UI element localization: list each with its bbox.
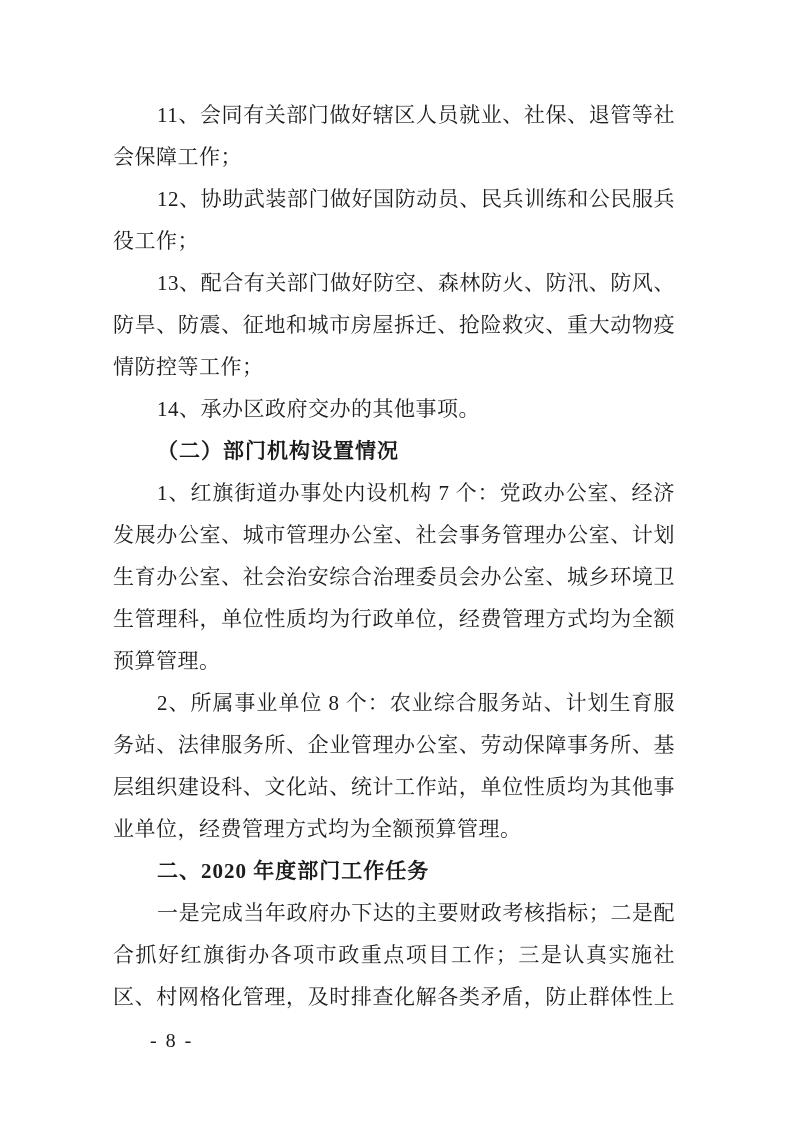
heading-line: （二）部门机构设置情况 — [113, 430, 675, 472]
text-line: 层组织建设科、文化站、统计工作站，单位性质均为其他事 — [113, 766, 675, 808]
text-line: 12、协助武装部门做好国防动员、民兵训练和公民服兵 — [113, 178, 675, 220]
text-line: 合抓好红旗街办各项市政重点项目工作；三是认真实施社 — [113, 934, 675, 976]
page-number: - 8 - — [150, 1026, 193, 1056]
text-line: 11、会同有关部门做好辖区人员就业、社保、退管等社 — [113, 94, 675, 136]
text-line: 13、配合有关部门做好防空、森林防火、防汛、防风、 — [113, 262, 675, 304]
text-line: 1、红旗街道办事处内设机构 7 个：党政办公室、经济 — [113, 472, 675, 514]
heading-line: 二、2020 年度部门工作任务 — [113, 850, 675, 892]
text-line: 预算管理。 — [113, 640, 675, 682]
text-line: 发展办公室、城市管理办公室、社会事务管理办公室、计划 — [113, 514, 675, 556]
text-line: 业单位，经费管理方式均为全额预算管理。 — [113, 808, 675, 850]
text-line: 会保障工作； — [113, 136, 675, 178]
text-line: 2、所属事业单位 8 个：农业综合服务站、计划生育服 — [113, 682, 675, 724]
text-line: 14、承办区政府交办的其他事项。 — [113, 388, 675, 430]
text-line: 生管理科，单位性质均为行政单位，经费管理方式均为全额 — [113, 598, 675, 640]
text-line: 情防控等工作； — [113, 346, 675, 388]
text-line: 务站、法律服务所、企业管理办公室、劳动保障事务所、基 — [113, 724, 675, 766]
text-line: 区、村网格化管理，及时排查化解各类矛盾，防止群体性上 — [113, 976, 675, 1018]
text-line: 防旱、防震、征地和城市房屋拆迁、抢险救灾、重大动物疫 — [113, 304, 675, 346]
text-line: 生育办公室、社会治安综合治理委员会办公室、城乡环境卫 — [113, 556, 675, 598]
document-body: 11、会同有关部门做好辖区人员就业、社保、退管等社会保障工作；12、协助武装部门… — [113, 94, 675, 1018]
text-line: 一是完成当年政府办下达的主要财政考核指标；二是配 — [113, 892, 675, 934]
document-page: 11、会同有关部门做好辖区人员就业、社保、退管等社会保障工作；12、协助武装部门… — [0, 0, 793, 1122]
text-line: 役工作； — [113, 220, 675, 262]
